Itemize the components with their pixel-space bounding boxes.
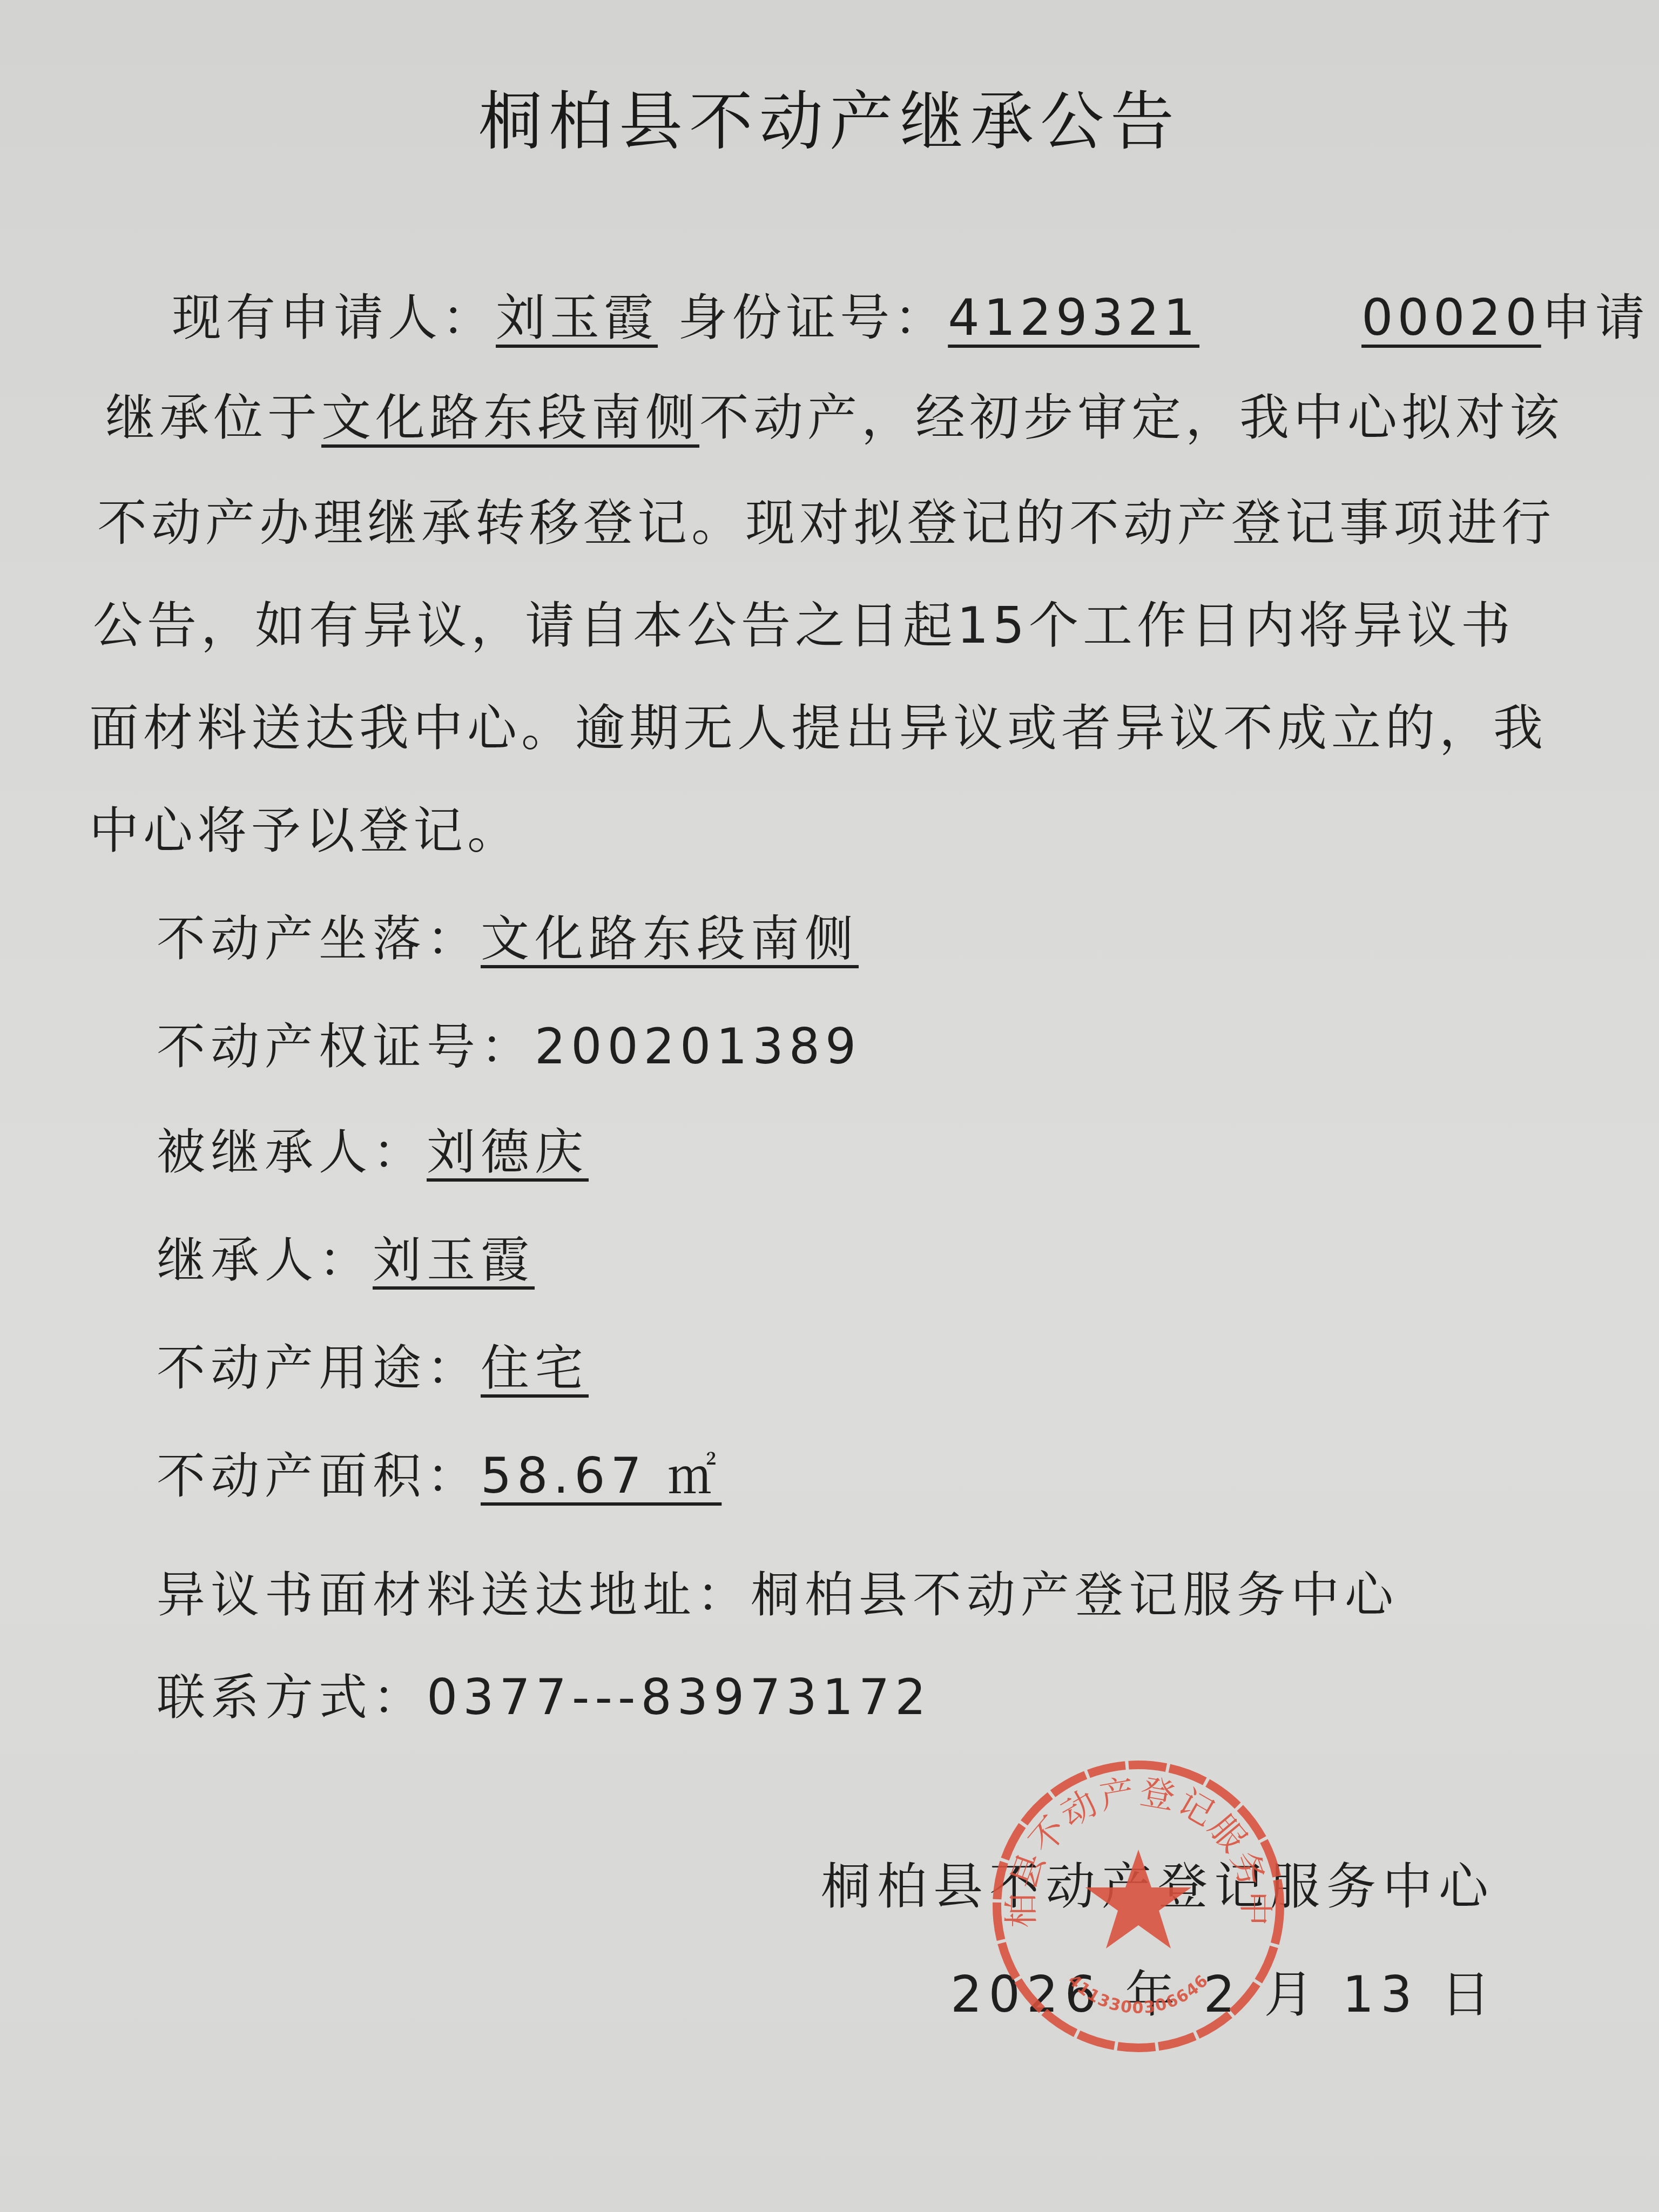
field-value: 0377---83973172 bbox=[427, 1669, 932, 1726]
id-number: 4129321 00020 bbox=[948, 289, 1541, 347]
field-label: 异议书面材料送达地址： bbox=[157, 1567, 751, 1623]
applicant-name: 刘玉霞 bbox=[496, 289, 658, 347]
field-label: 不动产面积： bbox=[157, 1448, 481, 1505]
body-line-4: 公告，如有异议，请自本公告之日起15个工作日内将异议书 bbox=[93, 586, 1515, 657]
field-value: 58.67 ㎡ bbox=[481, 1448, 721, 1505]
field-contact: 联系方式：0377---83973172 bbox=[157, 1658, 932, 1728]
applicant-prefix: 现有申请人： bbox=[172, 289, 496, 347]
applicant-suffix: 申请 bbox=[1541, 289, 1649, 347]
field-label: 不动产用途： bbox=[157, 1340, 481, 1397]
field-label: 继承人： bbox=[157, 1232, 373, 1289]
field-location: 不动产坐落：文化路东段南侧 bbox=[157, 899, 859, 969]
field-value: 住宅 bbox=[481, 1340, 589, 1397]
body-line-6: 中心将予以登记。 bbox=[89, 791, 521, 862]
document-title: 桐柏县不动产继承公告 bbox=[0, 70, 1659, 162]
field-area: 不动产面积：58.67 ㎡ bbox=[157, 1437, 721, 1507]
field-label: 联系方式： bbox=[157, 1669, 427, 1726]
id-number-end: 00020 bbox=[1361, 289, 1541, 347]
field-certificate-number: 不动产权证号：200201389 bbox=[157, 1007, 861, 1077]
seal-code: 4113300306646 bbox=[1064, 1971, 1213, 2017]
id-number-start: 4129321 bbox=[948, 289, 1199, 347]
field-usage: 不动产用途：住宅 bbox=[157, 1328, 589, 1399]
field-label: 不动产权证号： bbox=[157, 1019, 535, 1075]
location-suffix: 不动产，经初步审定，我中心拟对该 bbox=[699, 389, 1563, 447]
body-line-1: 现有申请人：刘玉霞 身份证号：4129321 00020申请 bbox=[172, 278, 1649, 349]
location-inline: 文化路东段南侧 bbox=[321, 389, 699, 447]
official-seal-icon: 桐柏县不动产登记服务中心 4113300306646 bbox=[987, 1755, 1290, 2058]
field-value: 文化路东段南侧 bbox=[481, 911, 859, 967]
field-objection-address: 异议书面材料送达地址：桐柏县不动产登记服务中心 bbox=[157, 1555, 1399, 1626]
field-value: 桐柏县不动产登记服务中心 bbox=[751, 1567, 1399, 1623]
field-heir: 继承人：刘玉霞 bbox=[157, 1220, 535, 1291]
body-line-3: 不动产办理继承转移登记。现对拟登记的不动产登记事项进行 bbox=[97, 483, 1555, 555]
id-number-redacted-gap bbox=[1199, 289, 1361, 347]
field-decedent: 被继承人：刘德庆 bbox=[157, 1112, 589, 1183]
id-label: 身份证号： bbox=[658, 289, 948, 347]
svg-text:4113300306646: 4113300306646 bbox=[1064, 1971, 1213, 2017]
location-prefix: 继承位于 bbox=[105, 389, 321, 447]
body-line-5: 面材料送达我中心。逾期无人提出异议或者异议不成立的，我 bbox=[89, 689, 1547, 760]
field-label: 被继承人： bbox=[157, 1124, 427, 1181]
body-line-2: 继承位于文化路东段南侧不动产，经初步审定，我中心拟对该 bbox=[105, 378, 1563, 449]
field-label: 不动产坐落： bbox=[157, 911, 481, 967]
field-value: 200201389 bbox=[535, 1019, 861, 1075]
field-value: 刘德庆 bbox=[427, 1124, 589, 1181]
field-value: 刘玉霞 bbox=[373, 1232, 535, 1289]
notice-page: 桐柏县不动产继承公告 现有申请人：刘玉霞 身份证号：4129321 00020申… bbox=[0, 0, 1659, 2212]
